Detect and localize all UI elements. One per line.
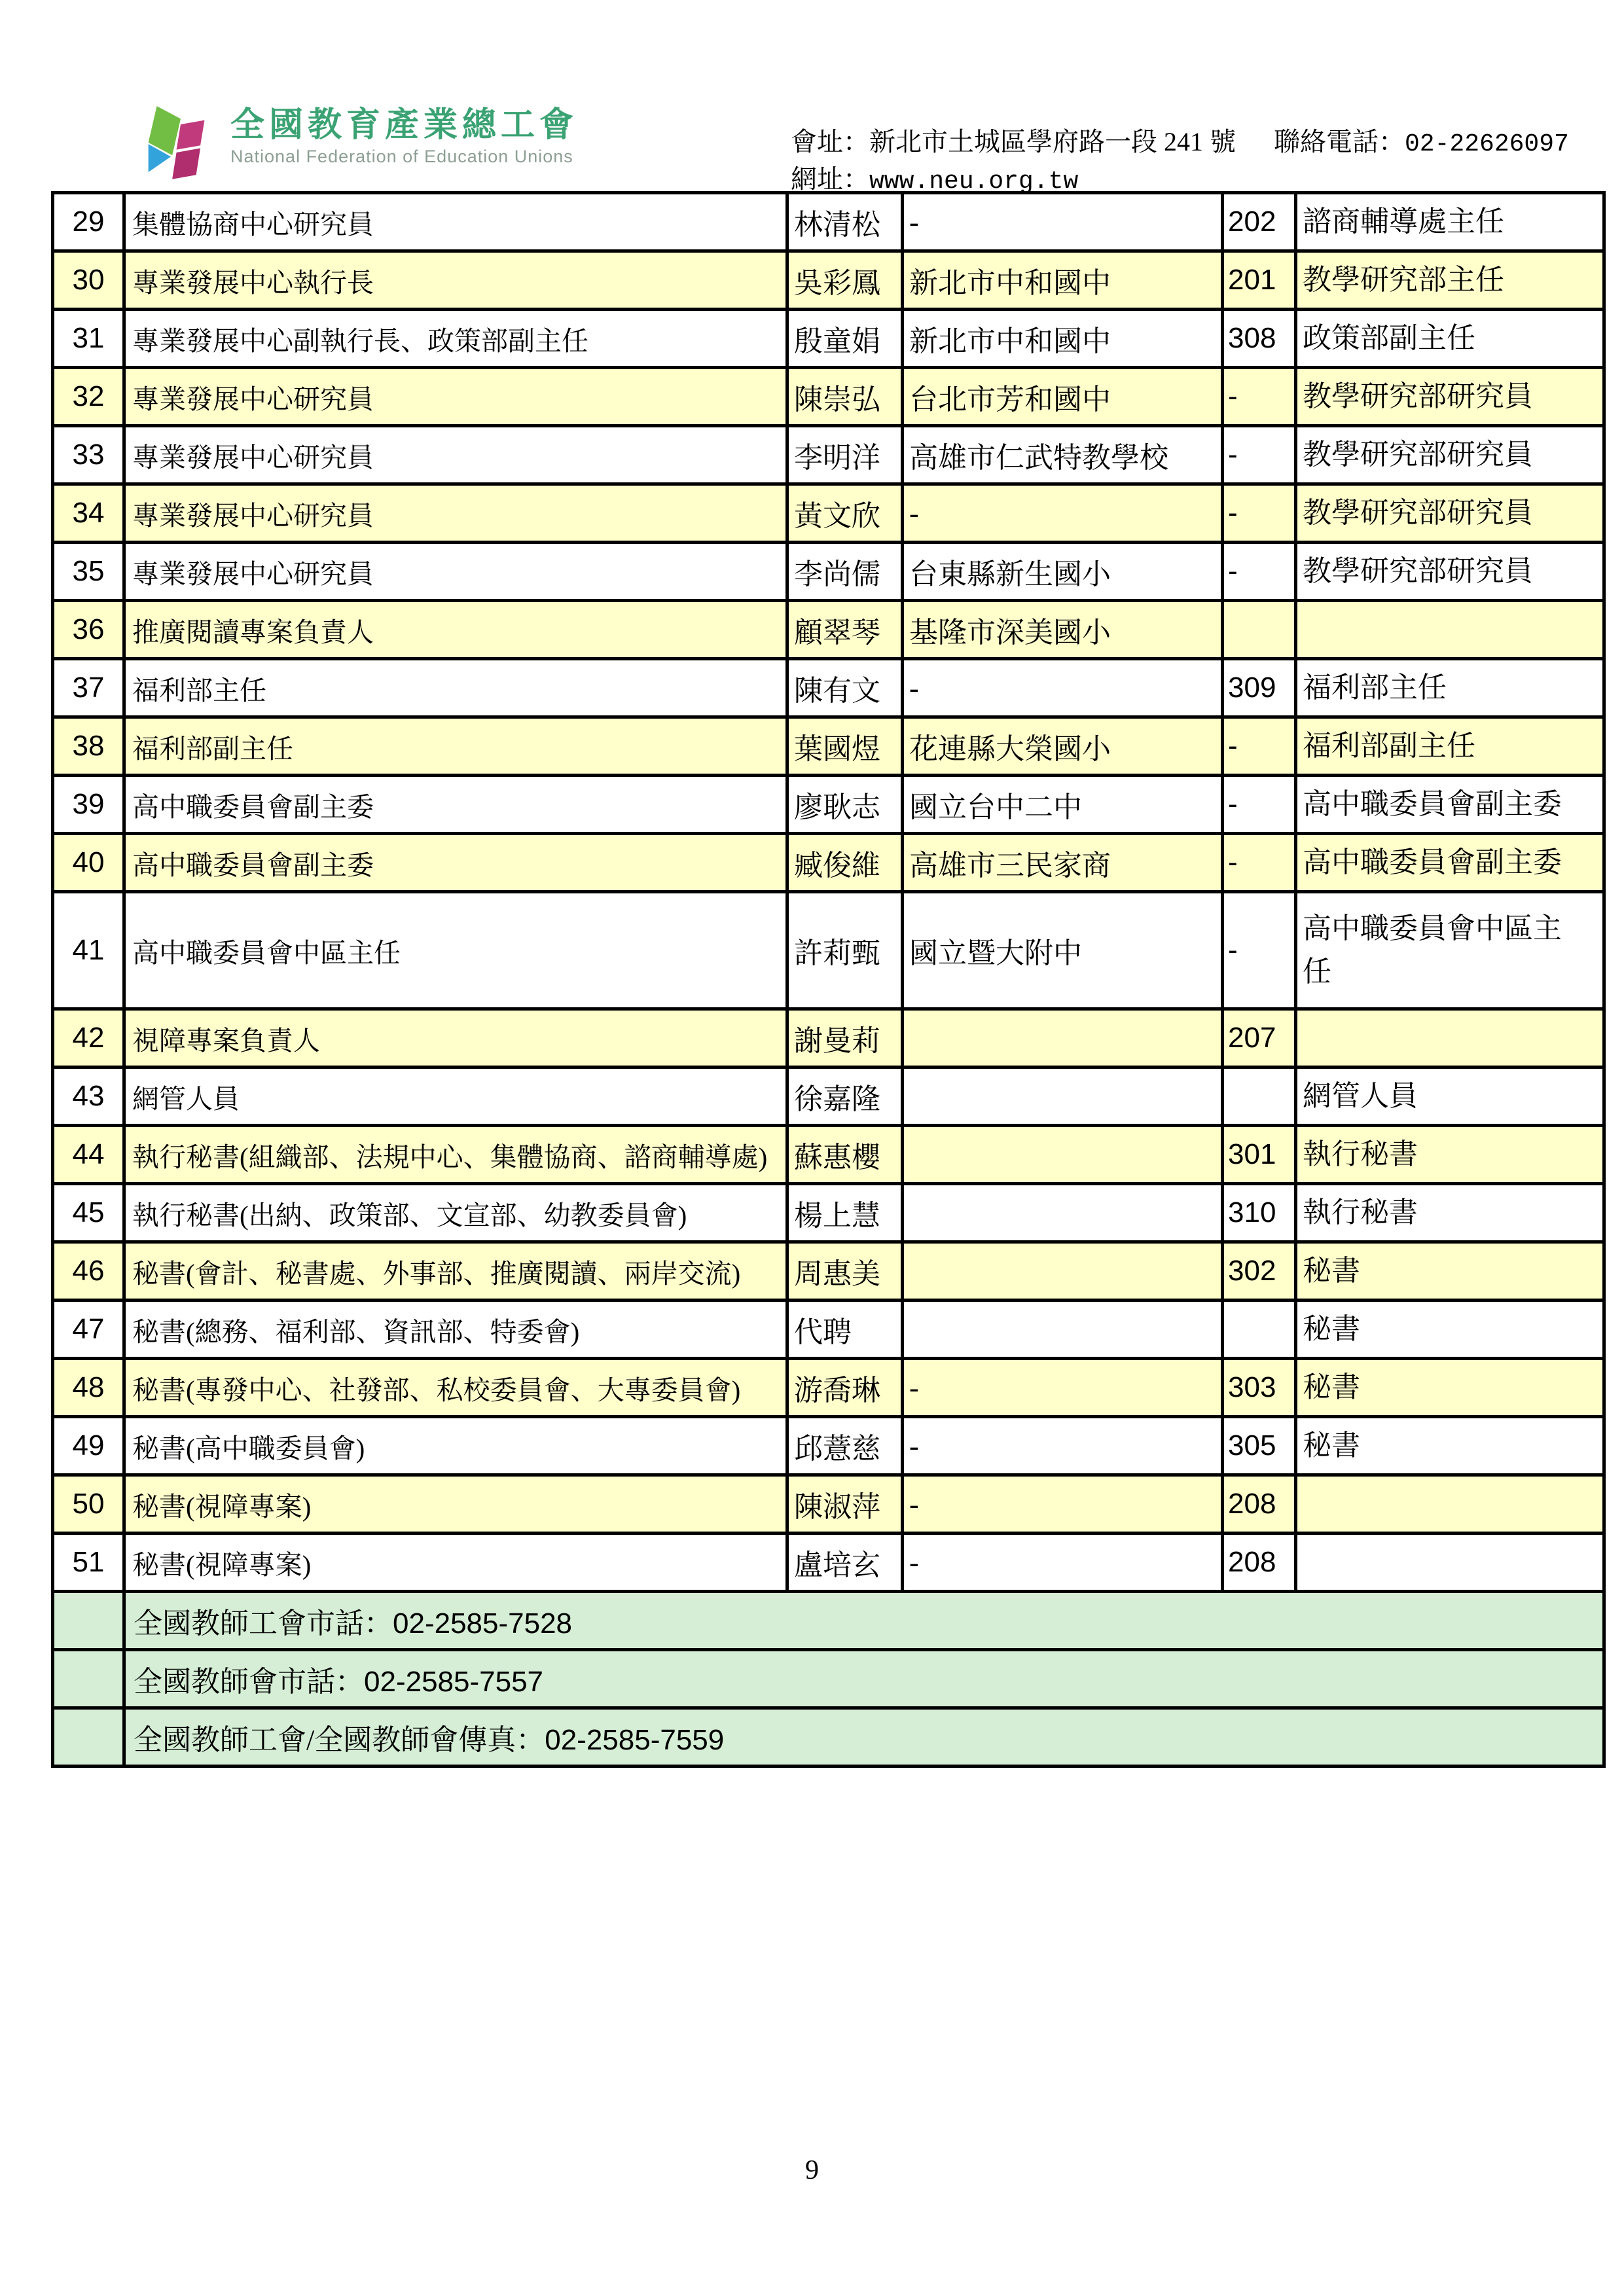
cell-position: 秘書(視障專案) bbox=[124, 1475, 787, 1534]
table-row: 51秘書(視障專案)盧培玄-208 bbox=[53, 1534, 1604, 1592]
cell-title: 網管人員 bbox=[1296, 1067, 1604, 1126]
table-row: 37福利部主任陳有文-309福利部主任 bbox=[53, 659, 1604, 717]
table-row: 38福利部副主任葉國煜花連縣大榮國小-福利部副主任 bbox=[53, 717, 1604, 776]
cell-school: 高雄市仁武特教學校 bbox=[903, 426, 1223, 484]
footer-contact-row: 全國教師工會市話：02-2585-7528 bbox=[53, 1592, 1604, 1650]
cell-room: - bbox=[1223, 834, 1296, 892]
footer-contact-label: 全國教師會市話： bbox=[134, 1666, 364, 1698]
cell-school bbox=[903, 1067, 1223, 1126]
cell-no: 45 bbox=[53, 1184, 124, 1242]
cell-no: 31 bbox=[53, 310, 124, 368]
table-row: 46秘書(會計、秘書處、外事部、推廣閱讀、兩岸交流)周惠美302秘書 bbox=[53, 1242, 1604, 1300]
cell-title bbox=[1296, 1009, 1604, 1067]
cell-room: 202 bbox=[1223, 193, 1296, 251]
table-row: 35專業發展中心研究員李尚儒台東縣新生國小-教學研究部研究員 bbox=[53, 543, 1604, 601]
table-row: 47秘書(總務、福利部、資訊部、特委會)代聘秘書 bbox=[53, 1300, 1604, 1359]
table-row: 36推廣閱讀專案負責人顧翠琴基隆市深美國小 bbox=[53, 601, 1604, 659]
cell-title: 政策部副主任 bbox=[1296, 310, 1604, 368]
cell-room: - bbox=[1223, 426, 1296, 484]
cell-no: 32 bbox=[53, 368, 124, 426]
cell-no: 39 bbox=[53, 776, 124, 834]
cell-no: 30 bbox=[53, 251, 124, 310]
cell-name: 蘇惠櫻 bbox=[787, 1126, 903, 1184]
cell-position: 專業發展中心研究員 bbox=[124, 484, 787, 543]
cell-room: 303 bbox=[1223, 1359, 1296, 1417]
cell-room: 207 bbox=[1223, 1009, 1296, 1067]
cell-name: 廖耿志 bbox=[787, 776, 903, 834]
table-row: 42視障專案負責人謝曼莉207 bbox=[53, 1009, 1604, 1067]
cell-name: 盧培玄 bbox=[787, 1534, 903, 1592]
cell-school: - bbox=[903, 1359, 1223, 1417]
cell-school: 國立暨大附中 bbox=[903, 892, 1223, 1009]
cell-school: 新北市中和國中 bbox=[903, 310, 1223, 368]
cell-title bbox=[1296, 601, 1604, 659]
cell-room: - bbox=[1223, 892, 1296, 1009]
cell-title: 秘書 bbox=[1296, 1300, 1604, 1359]
cell-school bbox=[903, 1300, 1223, 1359]
cell-no: 41 bbox=[53, 892, 124, 1009]
cell-title: 執行秘書 bbox=[1296, 1184, 1604, 1242]
table-row: 43網管人員徐嘉隆網管人員 bbox=[53, 1067, 1604, 1126]
cell-room: - bbox=[1223, 368, 1296, 426]
table-row: 49秘書(高中職委員會)邱薏慈-305秘書 bbox=[53, 1417, 1604, 1475]
cell-position: 秘書(專發中心、社發部、私校委員會、大專委員會) bbox=[124, 1359, 787, 1417]
cell-school: - bbox=[903, 484, 1223, 543]
phone-label: 聯絡電話： bbox=[1274, 127, 1405, 156]
cell-no: 33 bbox=[53, 426, 124, 484]
table-row: 39高中職委員會副主委廖耿志國立台中二中-高中職委員會副主委 bbox=[53, 776, 1604, 834]
cell-school bbox=[903, 1184, 1223, 1242]
footer-contact-label: 全國教師工會市話： bbox=[134, 1607, 393, 1640]
cell-room: 310 bbox=[1223, 1184, 1296, 1242]
cell-title bbox=[1296, 1475, 1604, 1534]
cell-position: 專業發展中心研究員 bbox=[124, 543, 787, 601]
cell-position: 秘書(會計、秘書處、外事部、推廣閱讀、兩岸交流) bbox=[124, 1242, 787, 1300]
cell-no: 29 bbox=[53, 193, 124, 251]
cell-school: 台北市芳和國中 bbox=[903, 368, 1223, 426]
cell-title bbox=[1296, 1534, 1604, 1592]
cell-position: 福利部主任 bbox=[124, 659, 787, 717]
cell-name: 黃文欣 bbox=[787, 484, 903, 543]
cell-school bbox=[903, 1242, 1223, 1300]
cell-position: 執行秘書(出納、政策部、文宣部、幼教委員會) bbox=[124, 1184, 787, 1242]
cell-title: 執行秘書 bbox=[1296, 1126, 1604, 1184]
cell-title: 高中職委員會副主委 bbox=[1296, 834, 1604, 892]
cell-room: 309 bbox=[1223, 659, 1296, 717]
table-row: 34專業發展中心研究員黃文欣--教學研究部研究員 bbox=[53, 484, 1604, 543]
cell-name: 顧翠琴 bbox=[787, 601, 903, 659]
cell-position: 高中職委員會副主委 bbox=[124, 834, 787, 892]
cell-name: 游喬琳 bbox=[787, 1359, 903, 1417]
cell-no: 48 bbox=[53, 1359, 124, 1417]
cell-position: 高中職委員會副主委 bbox=[124, 776, 787, 834]
cell-school: - bbox=[903, 659, 1223, 717]
table-row: 45執行秘書(出納、政策部、文宣部、幼教委員會)楊上慧310執行秘書 bbox=[53, 1184, 1604, 1242]
contact-line-1: 會址：新北市土城區學府路一段 241 號聯絡電話：02-22626097 bbox=[791, 124, 1569, 162]
cell-name: 臧俊維 bbox=[787, 834, 903, 892]
cell-school: - bbox=[903, 1417, 1223, 1475]
cell-name: 李明洋 bbox=[787, 426, 903, 484]
footer-spacer-cell bbox=[53, 1708, 124, 1767]
cell-school: 新北市中和國中 bbox=[903, 251, 1223, 310]
cell-name: 楊上慧 bbox=[787, 1184, 903, 1242]
cell-room: - bbox=[1223, 776, 1296, 834]
cell-name: 吳彩鳳 bbox=[787, 251, 903, 310]
cell-school: 國立台中二中 bbox=[903, 776, 1223, 834]
cell-room bbox=[1223, 1067, 1296, 1126]
cell-position: 秘書(高中職委員會) bbox=[124, 1417, 787, 1475]
cell-no: 51 bbox=[53, 1534, 124, 1592]
cell-name: 陳有文 bbox=[787, 659, 903, 717]
cell-no: 43 bbox=[53, 1067, 124, 1126]
cell-position: 專業發展中心研究員 bbox=[124, 368, 787, 426]
cell-no: 50 bbox=[53, 1475, 124, 1534]
cell-school bbox=[903, 1126, 1223, 1184]
cell-name: 陳淑萍 bbox=[787, 1475, 903, 1534]
cell-name: 許莉甄 bbox=[787, 892, 903, 1009]
cell-room bbox=[1223, 1300, 1296, 1359]
cell-name: 林清松 bbox=[787, 193, 903, 251]
cell-title: 教學研究部研究員 bbox=[1296, 368, 1604, 426]
table-row: 48秘書(專發中心、社發部、私校委員會、大專委員會)游喬琳-303秘書 bbox=[53, 1359, 1604, 1417]
cell-school: 基隆市深美國小 bbox=[903, 601, 1223, 659]
footer-spacer-cell bbox=[53, 1592, 124, 1650]
cell-no: 47 bbox=[53, 1300, 124, 1359]
cell-no: 35 bbox=[53, 543, 124, 601]
cell-position: 高中職委員會中區主任 bbox=[124, 892, 787, 1009]
cell-name: 葉國煜 bbox=[787, 717, 903, 776]
cell-title: 秘書 bbox=[1296, 1242, 1604, 1300]
staff-table: 29集體協商中心研究員林清松-202諮商輔導處主任30專業發展中心執行長吳彩鳳新… bbox=[51, 191, 1606, 1768]
cell-name: 邱薏慈 bbox=[787, 1417, 903, 1475]
cell-name: 徐嘉隆 bbox=[787, 1067, 903, 1126]
cell-school bbox=[903, 1009, 1223, 1067]
cell-room: 201 bbox=[1223, 251, 1296, 310]
cell-no: 34 bbox=[53, 484, 124, 543]
org-name-english: National Federation of Education Unions bbox=[230, 145, 578, 168]
cell-room: - bbox=[1223, 484, 1296, 543]
website-label: 網址： bbox=[791, 164, 869, 194]
table-row: 33專業發展中心研究員李明洋高雄市仁武特教學校-教學研究部研究員 bbox=[53, 426, 1604, 484]
cell-title: 教學研究部研究員 bbox=[1296, 543, 1604, 601]
cell-name: 代聘 bbox=[787, 1300, 903, 1359]
cell-position: 福利部副主任 bbox=[124, 717, 787, 776]
cell-no: 36 bbox=[53, 601, 124, 659]
table-row: 31專業發展中心副執行長、政策部副主任殷童娟新北市中和國中308政策部副主任 bbox=[53, 310, 1604, 368]
cell-position: 網管人員 bbox=[124, 1067, 787, 1126]
cell-room: - bbox=[1223, 543, 1296, 601]
cell-no: 46 bbox=[53, 1242, 124, 1300]
footer-contact-row: 全國教師工會/全國教師會傳真：02-2585-7559 bbox=[53, 1708, 1604, 1767]
footer-contact-row: 全國教師會市話：02-2585-7557 bbox=[53, 1650, 1604, 1708]
page-number: 9 bbox=[0, 2155, 1624, 2186]
cell-room: 301 bbox=[1223, 1126, 1296, 1184]
cell-room: 308 bbox=[1223, 310, 1296, 368]
cell-title: 諮商輔導處主任 bbox=[1296, 193, 1604, 251]
cell-position: 集體協商中心研究員 bbox=[124, 193, 787, 251]
cell-title: 秘書 bbox=[1296, 1359, 1604, 1417]
table-row: 44執行秘書(組織部、法規中心、集體協商、諮商輔導處)蘇惠櫻301執行秘書 bbox=[53, 1126, 1604, 1184]
cell-room: 305 bbox=[1223, 1417, 1296, 1475]
cell-title: 秘書 bbox=[1296, 1417, 1604, 1475]
cell-position: 秘書(視障專案) bbox=[124, 1534, 787, 1592]
table-row: 29集體協商中心研究員林清松-202諮商輔導處主任 bbox=[53, 193, 1604, 251]
cell-title: 教學研究部研究員 bbox=[1296, 484, 1604, 543]
cell-no: 40 bbox=[53, 834, 124, 892]
cell-no: 44 bbox=[53, 1126, 124, 1184]
cell-school: - bbox=[903, 1534, 1223, 1592]
cell-name: 殷童娟 bbox=[787, 310, 903, 368]
footer-contact-cell: 全國教師工會/全國教師會傳真：02-2585-7559 bbox=[124, 1708, 1604, 1767]
cell-no: 49 bbox=[53, 1417, 124, 1475]
table-row: 30專業發展中心執行長吳彩鳳新北市中和國中201教學研究部主任 bbox=[53, 251, 1604, 310]
table-row: 40高中職委員會副主委臧俊維高雄市三民家商-高中職委員會副主委 bbox=[53, 834, 1604, 892]
cell-position: 秘書(總務、福利部、資訊部、特委會) bbox=[124, 1300, 787, 1359]
table-row: 50秘書(視障專案)陳淑萍-208 bbox=[53, 1475, 1604, 1534]
cell-position: 專業發展中心研究員 bbox=[124, 426, 787, 484]
staff-table-body: 29集體協商中心研究員林清松-202諮商輔導處主任30專業發展中心執行長吳彩鳳新… bbox=[53, 193, 1604, 1767]
org-name-chinese: 全國教育產業總工會 bbox=[230, 105, 578, 145]
cell-position: 執行秘書(組織部、法規中心、集體協商、諮商輔導處) bbox=[124, 1126, 787, 1184]
cell-name: 周惠美 bbox=[787, 1242, 903, 1300]
footer-spacer-cell bbox=[53, 1650, 124, 1708]
cell-name: 陳崇弘 bbox=[787, 368, 903, 426]
cell-title: 高中職委員會中區主任 bbox=[1296, 892, 1604, 1009]
cell-title: 教學研究部主任 bbox=[1296, 251, 1604, 310]
footer-contact-number: 02-2585-7528 bbox=[393, 1607, 572, 1640]
cell-title: 福利部副主任 bbox=[1296, 717, 1604, 776]
contact-header: 會址：新北市土城區學府路一段 241 號聯絡電話：02-22626097 網址：… bbox=[791, 124, 1569, 199]
cell-title: 福利部主任 bbox=[1296, 659, 1604, 717]
cell-position: 專業發展中心副執行長、政策部副主任 bbox=[124, 310, 787, 368]
address-text: 會址：新北市土城區學府路一段 241 號 bbox=[791, 127, 1236, 156]
cell-position: 視障專案負責人 bbox=[124, 1009, 787, 1067]
table-row: 32專業發展中心研究員陳崇弘台北市芳和國中-教學研究部研究員 bbox=[53, 368, 1604, 426]
cell-school: 台東縣新生國小 bbox=[903, 543, 1223, 601]
footer-contact-cell: 全國教師會市話：02-2585-7557 bbox=[124, 1650, 1604, 1708]
cell-position: 專業發展中心執行長 bbox=[124, 251, 787, 310]
cell-no: 37 bbox=[53, 659, 124, 717]
cell-room: - bbox=[1223, 717, 1296, 776]
table-row: 41高中職委員會中區主任許莉甄國立暨大附中-高中職委員會中區主任 bbox=[53, 892, 1604, 1009]
footer-contact-cell: 全國教師工會市話：02-2585-7528 bbox=[124, 1592, 1604, 1650]
footer-contact-number: 02-2585-7557 bbox=[364, 1666, 543, 1698]
cell-title: 教學研究部研究員 bbox=[1296, 426, 1604, 484]
cell-name: 李尚儒 bbox=[787, 543, 903, 601]
cell-no: 38 bbox=[53, 717, 124, 776]
staff-directory: 29集體協商中心研究員林清松-202諮商輔導處主任30專業發展中心執行長吳彩鳳新… bbox=[51, 191, 1606, 1768]
cell-title: 高中職委員會副主委 bbox=[1296, 776, 1604, 834]
cell-room: 208 bbox=[1223, 1534, 1296, 1592]
cell-school: 高雄市三民家商 bbox=[903, 834, 1223, 892]
cell-room: 208 bbox=[1223, 1475, 1296, 1534]
cell-name: 謝曼莉 bbox=[787, 1009, 903, 1067]
cell-school: - bbox=[903, 1475, 1223, 1534]
cell-school: - bbox=[903, 193, 1223, 251]
neu-logo-icon bbox=[145, 105, 216, 182]
cell-no: 42 bbox=[53, 1009, 124, 1067]
footer-contact-label: 全國教師工會/全國教師會傳真： bbox=[134, 1724, 545, 1756]
cell-room: 302 bbox=[1223, 1242, 1296, 1300]
org-logo: 全國教育產業總工會 National Federation of Educati… bbox=[145, 105, 578, 182]
logo-text-block: 全國教育產業總工會 National Federation of Educati… bbox=[230, 105, 578, 168]
cell-position: 推廣閱讀專案負責人 bbox=[124, 601, 787, 659]
footer-contact-number: 02-2585-7559 bbox=[545, 1724, 724, 1756]
cell-school: 花連縣大榮國小 bbox=[903, 717, 1223, 776]
phone-number: 02-22626097 bbox=[1405, 130, 1569, 158]
cell-room bbox=[1223, 601, 1296, 659]
